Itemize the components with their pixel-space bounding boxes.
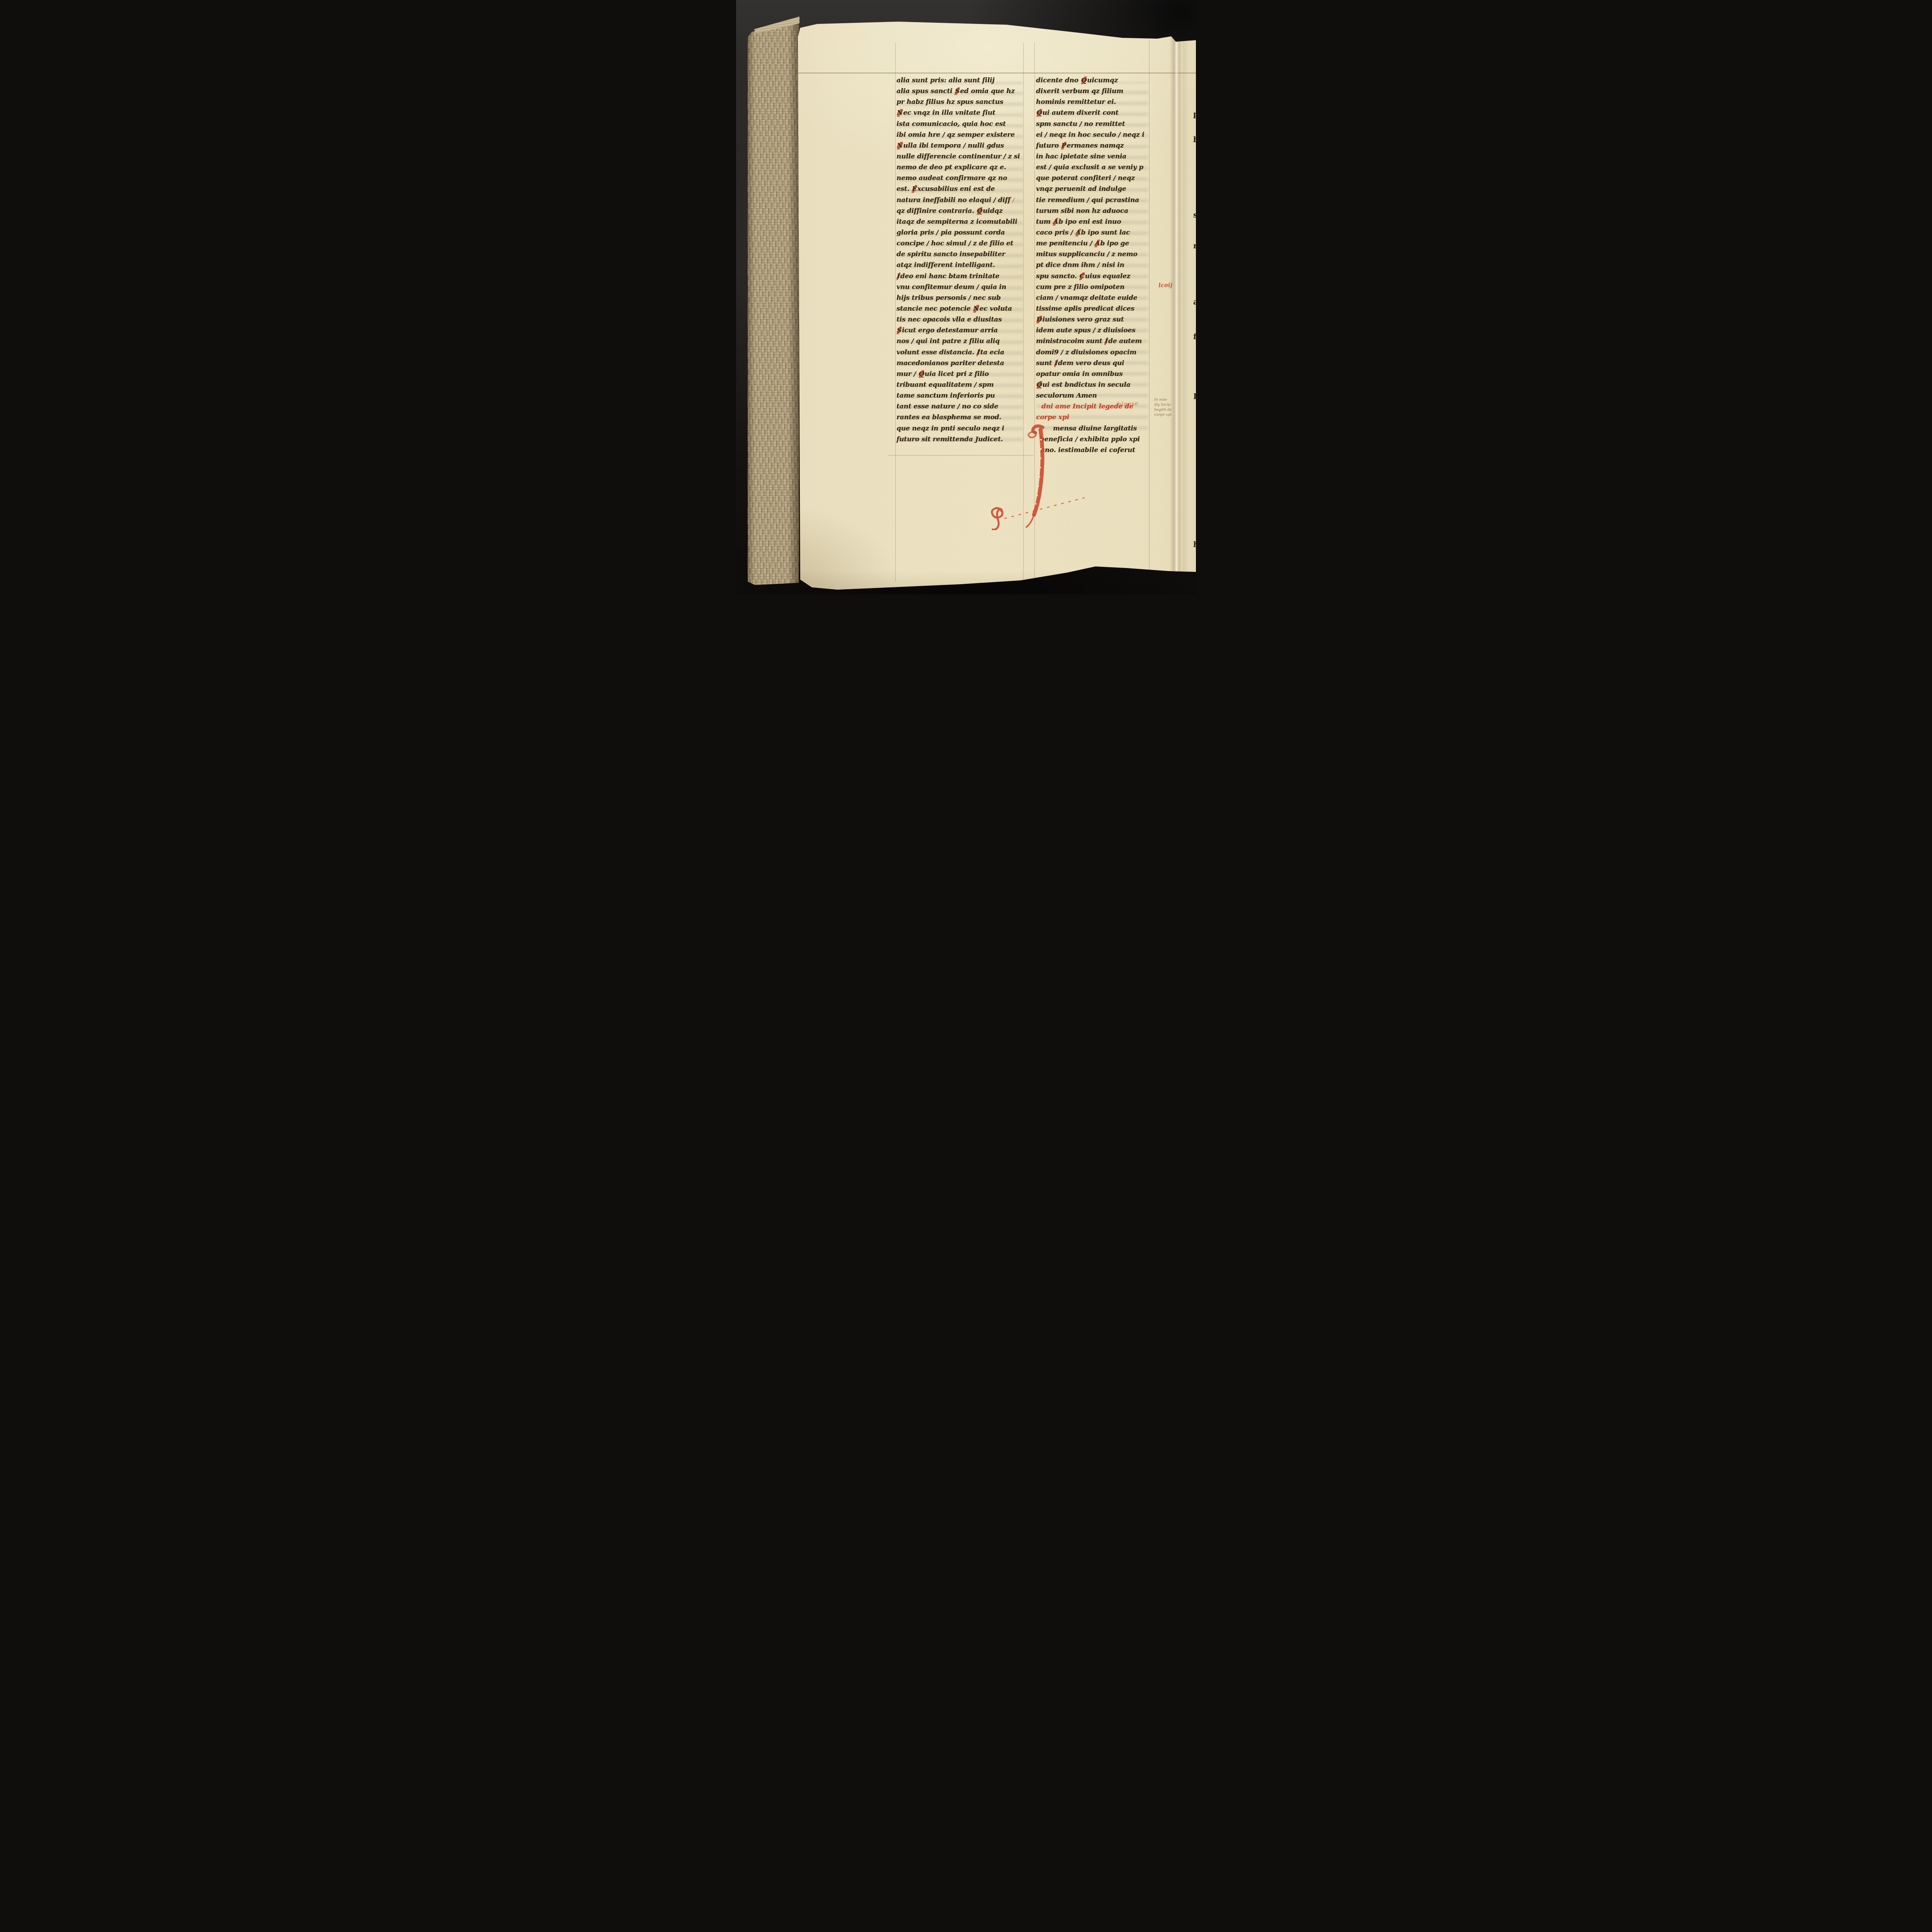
text-line: spm sanctu / no remittet: [1036, 120, 1151, 131]
line-text: hijs tribus personis / nec sub: [896, 294, 1001, 302]
line-text: icut ergo detestamur arria: [902, 327, 998, 334]
text-line: mitus supplicanciu / z nemo: [1036, 250, 1151, 261]
text-line: ei / neqz in hoc seculo / neqz i: [1036, 131, 1151, 142]
line-text: uia licet pri z filio: [925, 370, 989, 378]
text-line: nemo de deo pt explicare qz e.: [896, 163, 1026, 174]
line-text: ec vnqz in illa vnitate fiut: [903, 109, 995, 117]
text-line: corpe xpi: [1036, 413, 1151, 424]
line-text: natura ineffabili no elaqui / diff: [896, 196, 1010, 204]
rubricated-initial: Q: [918, 370, 925, 378]
text-line: Nec vnqz in illa vnitate fiut: [896, 109, 1026, 120]
text-line: de spiritu sancto insepabiliter: [896, 250, 1026, 261]
line-text: seculorum Amen: [1036, 392, 1097, 400]
line-text: pr habz filius hz spus sanctus: [896, 98, 1003, 106]
text-line: opatur omia in omnibus: [1036, 370, 1151, 381]
text-line: tant esse nature / no co side: [896, 403, 1026, 413]
rubricated-initial: I: [1054, 359, 1058, 367]
text-line: concipe / hoc simul / z de filio et: [896, 240, 1026, 250]
text-line: rantes ea blasphema se mod.: [896, 413, 1026, 424]
text-line: gloria pris / pia possunt corda: [896, 229, 1026, 240]
text-line: mensa diuine largitatis: [1053, 425, 1151, 435]
text-line: stancie nec potencie Nec voluta: [896, 305, 1026, 316]
line-text: xcusabilius eni est de: [917, 185, 995, 193]
rubricated-initial: N: [896, 109, 903, 117]
line-text: me penitenciu /: [1036, 240, 1094, 247]
text-line: mur / Quia licet pri z filio: [896, 370, 1026, 381]
rubricated-initial: Q: [976, 207, 983, 215]
ruling-line-top: [798, 73, 1196, 73]
text-line: que poterat confiteri / neqz: [1036, 174, 1151, 185]
text-line: in hac ipietate sine venia: [1036, 153, 1151, 163]
text-column-left: alia sunt pris: alia sunt filijalia spus…: [896, 77, 1026, 446]
text-line: dicente dno Quicumqz: [1036, 77, 1151, 87]
text-line: pr habz filius hz spus sanctus: [896, 98, 1026, 109]
text-line: qz diffinire contraria. Quidqz: [896, 207, 1026, 218]
line-text: pt dice dnm ihm / nisi in: [1036, 261, 1124, 269]
text-line: est. Excusabilius eni est de: [896, 185, 1026, 196]
rubricated-initial: Q: [1036, 109, 1043, 117]
line-text: in hac ipietate sine venia: [1036, 153, 1126, 160]
text-line: ista comunicacio, quia hoc est: [896, 120, 1026, 131]
text-line: est / quia exclusit a se veniy p: [1036, 163, 1151, 174]
line-text: dem vero deus qui: [1058, 359, 1124, 367]
text-line: macedonianos pariter detesta: [896, 359, 1026, 370]
text-line: Nulla ibi tempora / nulli gdus: [896, 142, 1026, 153]
text-line: cum pre z filio omipoten: [1036, 283, 1151, 294]
line-text: nemo audeat confirmare qz no: [896, 174, 1007, 182]
rubricated-initial: E: [912, 185, 917, 193]
line-text: domi9 / z diuisiones opacim: [1036, 349, 1136, 356]
line-text: nemo de deo pt explicare qz e.: [896, 163, 1006, 171]
line-text: ta ecia: [980, 349, 1004, 356]
edge-text-fragment: a: [1191, 298, 1196, 313]
line-text: ano. iestimabile ei coferut: [1041, 446, 1135, 454]
line-text: ibi omia hre / qz semper existere: [896, 131, 1015, 139]
next-leaf-fold-crease: [1170, 36, 1183, 572]
line-text: spm sanctu / no remittet: [1036, 120, 1125, 128]
text-line: tis nec opacois vlla e diusitas: [896, 316, 1026, 327]
text-line: alia sunt pris: alia sunt filij: [896, 77, 1026, 87]
text-line: idem aute spus / z diuisioes: [1036, 327, 1151, 337]
text-line: ibi omia hre / qz semper existere: [896, 131, 1026, 142]
rubricated-initial: C: [1079, 272, 1085, 280]
text-line: futuro Permanes namqz: [1036, 142, 1151, 153]
line-text: vnu confitemur deum / quia in: [896, 283, 1006, 291]
line-text: idem aute spus / z diuisioes: [1036, 327, 1135, 334]
line-text: tant esse nature / no co side: [896, 403, 998, 410]
line-text: tum: [1036, 218, 1053, 226]
line-text: opatur omia in omnibus: [1036, 370, 1122, 378]
line-text: uius equalez: [1085, 272, 1130, 280]
rubricated-initial: I: [896, 272, 900, 280]
line-text: ed omia que hz: [960, 87, 1015, 95]
line-text: deo eni hanc btam trinitate: [900, 272, 999, 280]
line-text: est.: [896, 185, 912, 193]
text-line: caco pris / Ab ipo sunt lac: [1036, 229, 1151, 240]
line-text: cum pre z filio omipoten: [1036, 283, 1124, 291]
line-text: vnqz peruenit ad indulge: [1036, 185, 1126, 193]
text-line: Qui est bndictus in secula: [1036, 381, 1151, 392]
text-line: turum sibi non hz aduoca: [1036, 207, 1151, 218]
text-line: volunt esse distancia. Ita ecia: [896, 349, 1026, 359]
rubricated-initial: A: [1075, 229, 1081, 236]
rubricated-initial: A: [1094, 240, 1100, 247]
line-text: ermanes namqz: [1066, 142, 1124, 150]
line-text: ui est bndictus in secula: [1043, 381, 1131, 389]
text-line: que neqz in pnti seculo neqz i: [896, 425, 1026, 435]
text-line: nemo audeat confirmare qz no: [896, 174, 1026, 185]
line-text: spu sancto.: [1036, 272, 1079, 280]
edge-text-fragment: In: [1191, 392, 1196, 414]
line-text: est / quia exclusit a se veniy p: [1036, 163, 1143, 171]
line-text: tis nec opacois vlla e diusitas: [896, 316, 1002, 323]
line-text: ec voluta: [980, 305, 1012, 313]
manuscript-page: alia sunt pris: alia sunt filijalia spus…: [736, 0, 1196, 594]
text-line: tum Ab ipo eni est inuo: [1036, 218, 1151, 229]
text-line: alia spus sancti Sed omia que hz: [896, 87, 1026, 98]
rubricated-initial: S: [896, 327, 902, 334]
line-text: turum sibi non hz aduoca: [1036, 207, 1128, 215]
rubricated-initial: A: [1053, 218, 1058, 226]
line-text: que poterat confiteri / neqz: [1036, 174, 1135, 182]
text-line: hominis remittetur ei.: [1036, 98, 1151, 109]
line-text: beneficia / exhibita pplo xpi: [1040, 435, 1140, 443]
text-line: Ideo eni hanc btam trinitate: [896, 272, 1026, 283]
text-line: sunt Idem vero deus qui: [1036, 359, 1151, 370]
rubricated-initial: P: [1061, 142, 1067, 150]
line-text: dixerit verbum qz filium: [1036, 87, 1123, 95]
line-text: nos / qui int patre z filiu aliq: [896, 337, 1000, 345]
rubricated-initial: I: [1104, 337, 1108, 345]
line-text: ministracoim sunt: [1036, 337, 1104, 345]
line-text: de spiritu sancto insepabiliter: [896, 250, 1005, 258]
text-line: tissime aplis predicat dices: [1036, 305, 1151, 316]
line-text: b ipo ge: [1100, 240, 1129, 247]
ruling-line-col1-bottom: [888, 455, 1034, 456]
line-text: sunt: [1036, 359, 1054, 367]
text-line: nulle differencie continentur / z si: [896, 153, 1026, 163]
line-text: iuisiones vero graz sut: [1043, 316, 1124, 323]
edge-text-fragment: ra: [1191, 241, 1196, 257]
pen-flourish: [987, 495, 1088, 530]
manuscript-photo: alia sunt pris: alia sunt filijalia spus…: [736, 0, 1196, 594]
ruling-line-col1-left: [895, 43, 896, 582]
line-text: macedonianos pariter detesta: [896, 359, 1004, 367]
text-line: vnu confitemur deum / quia in: [896, 283, 1026, 294]
line-text: futuro: [1036, 142, 1061, 150]
line-text: que neqz in pnti seculo neqz i: [896, 425, 1004, 432]
line-text: de autem: [1108, 337, 1142, 345]
text-line: Diuisiones vero graz sut: [1036, 316, 1151, 327]
line-text: stancie nec potencie: [896, 305, 973, 313]
line-text: itaqz de sempiterna z icomutabili: [896, 218, 1017, 226]
line-text: alia spus sancti: [896, 87, 954, 95]
text-line: natura ineffabili no elaqui / diff/: [896, 196, 1026, 207]
text-line: spu sancto. Cuius equalez: [1036, 272, 1151, 283]
line-text: b ipo sunt lac: [1081, 229, 1130, 236]
rubricated-initial: S: [954, 87, 960, 95]
text-line: futuro sit remittenda Judicet.: [896, 435, 1026, 446]
line-text: volunt esse distancia.: [896, 349, 976, 356]
line-text: mitus supplicanciu / z nemo: [1036, 250, 1137, 258]
text-line: me penitenciu / Ab ipo ge: [1036, 240, 1151, 250]
line-text: ista comunicacio, quia hoc est: [896, 120, 1006, 128]
text-line: pt dice dnm ihm / nisi in: [1036, 261, 1151, 272]
line-text: rantes ea blasphema se mod.: [896, 413, 1001, 421]
line-text: mur /: [896, 370, 918, 378]
text-line: tame sanctum inferioris pu: [896, 392, 1026, 403]
line-text: atqz indifferent intelligant.: [896, 261, 995, 269]
text-line: nos / qui int patre z filiu aliq: [896, 337, 1026, 348]
text-line: Sicut ergo detestamur arria: [896, 327, 1026, 337]
line-text: qz diffinire contraria.: [896, 207, 976, 215]
text-line: tribuant equalitatem / spm: [896, 381, 1026, 392]
text-line: atqz indifferent intelligant.: [896, 261, 1026, 272]
rubricated-initial: D: [1036, 316, 1043, 323]
text-line: itaqz de sempiterna z icomutabili: [896, 218, 1026, 229]
rubricated-initial: I: [976, 349, 980, 356]
line-text: tame sanctum inferioris pu: [896, 392, 995, 400]
red-line-mark: /: [1012, 196, 1015, 204]
rubricated-initial: Q: [1036, 381, 1043, 389]
text-line: beneficia / exhibita pplo xpi: [1040, 435, 1151, 446]
line-text: tissime aplis predicat dices: [1036, 305, 1134, 313]
line-text: caco pris /: [1036, 229, 1075, 236]
line-text: ui autem dixerit cont: [1043, 109, 1119, 117]
edge-text-fragment: ft: [1191, 332, 1196, 348]
line-text: ulla ibi tempora / nulli gdus: [903, 142, 1004, 150]
text-line: domi9 / z diuisiones opacim: [1036, 349, 1151, 359]
text-line: hijs tribus personis / nec sub: [896, 294, 1026, 305]
edge-text-fragment: st: [1191, 211, 1196, 226]
line-text: ciam / vnamqz deitate euide: [1036, 294, 1137, 302]
line-text: nulle differencie continentur / z si: [896, 153, 1020, 160]
book-fore-edge-stack: [748, 22, 799, 585]
text-line: ministracoim sunt Ide autem: [1036, 337, 1151, 348]
line-text: uidqz: [983, 207, 1002, 215]
line-text: alia sunt pris: alia sunt filij: [896, 77, 995, 84]
rubricated-initial: N: [896, 142, 903, 150]
rubricated-initial: N: [973, 305, 979, 313]
text-line: ciam / vnamqz deitate euide: [1036, 294, 1151, 305]
line-text: futuro sit remittenda Judicet.: [896, 435, 1003, 443]
edge-text-fragment: h: [1191, 540, 1196, 556]
line-text: mensa diuine largitatis: [1053, 425, 1137, 432]
text-line: dixerit verbum qz filium: [1036, 87, 1151, 98]
text-line: ano. iestimabile ei coferut: [1041, 446, 1151, 457]
rubricated-initial: Q: [1081, 77, 1087, 84]
line-text: dicente dno: [1036, 77, 1081, 84]
edge-text-fragment: b: [1191, 135, 1196, 151]
text-line: Qui autem dixerit cont: [1036, 109, 1151, 120]
text-line: vnqz peruenit ad indulge: [1036, 185, 1151, 196]
line-text: hominis remittetur ei.: [1036, 98, 1116, 106]
line-text: uicumqz: [1087, 77, 1118, 84]
line-text: ei / neqz in hoc seculo / neqz i: [1036, 131, 1144, 139]
faded-red-rubric-tail: hinese: [1117, 400, 1139, 408]
edge-text-fragment: p: [1191, 110, 1196, 125]
line-text: corpe xpi: [1036, 413, 1069, 421]
line-text: concipe / hoc simul / z de filio et: [896, 240, 1013, 247]
text-line: tie remedium / qui pcrastina: [1036, 196, 1151, 207]
line-text: b ipo eni est inuo: [1058, 218, 1121, 226]
line-text: gloria pris / pia possunt corda: [896, 229, 1005, 236]
line-text: tribuant equalitatem / spm: [896, 381, 993, 389]
line-text: tie remedium / qui pcrastina: [1036, 196, 1139, 204]
